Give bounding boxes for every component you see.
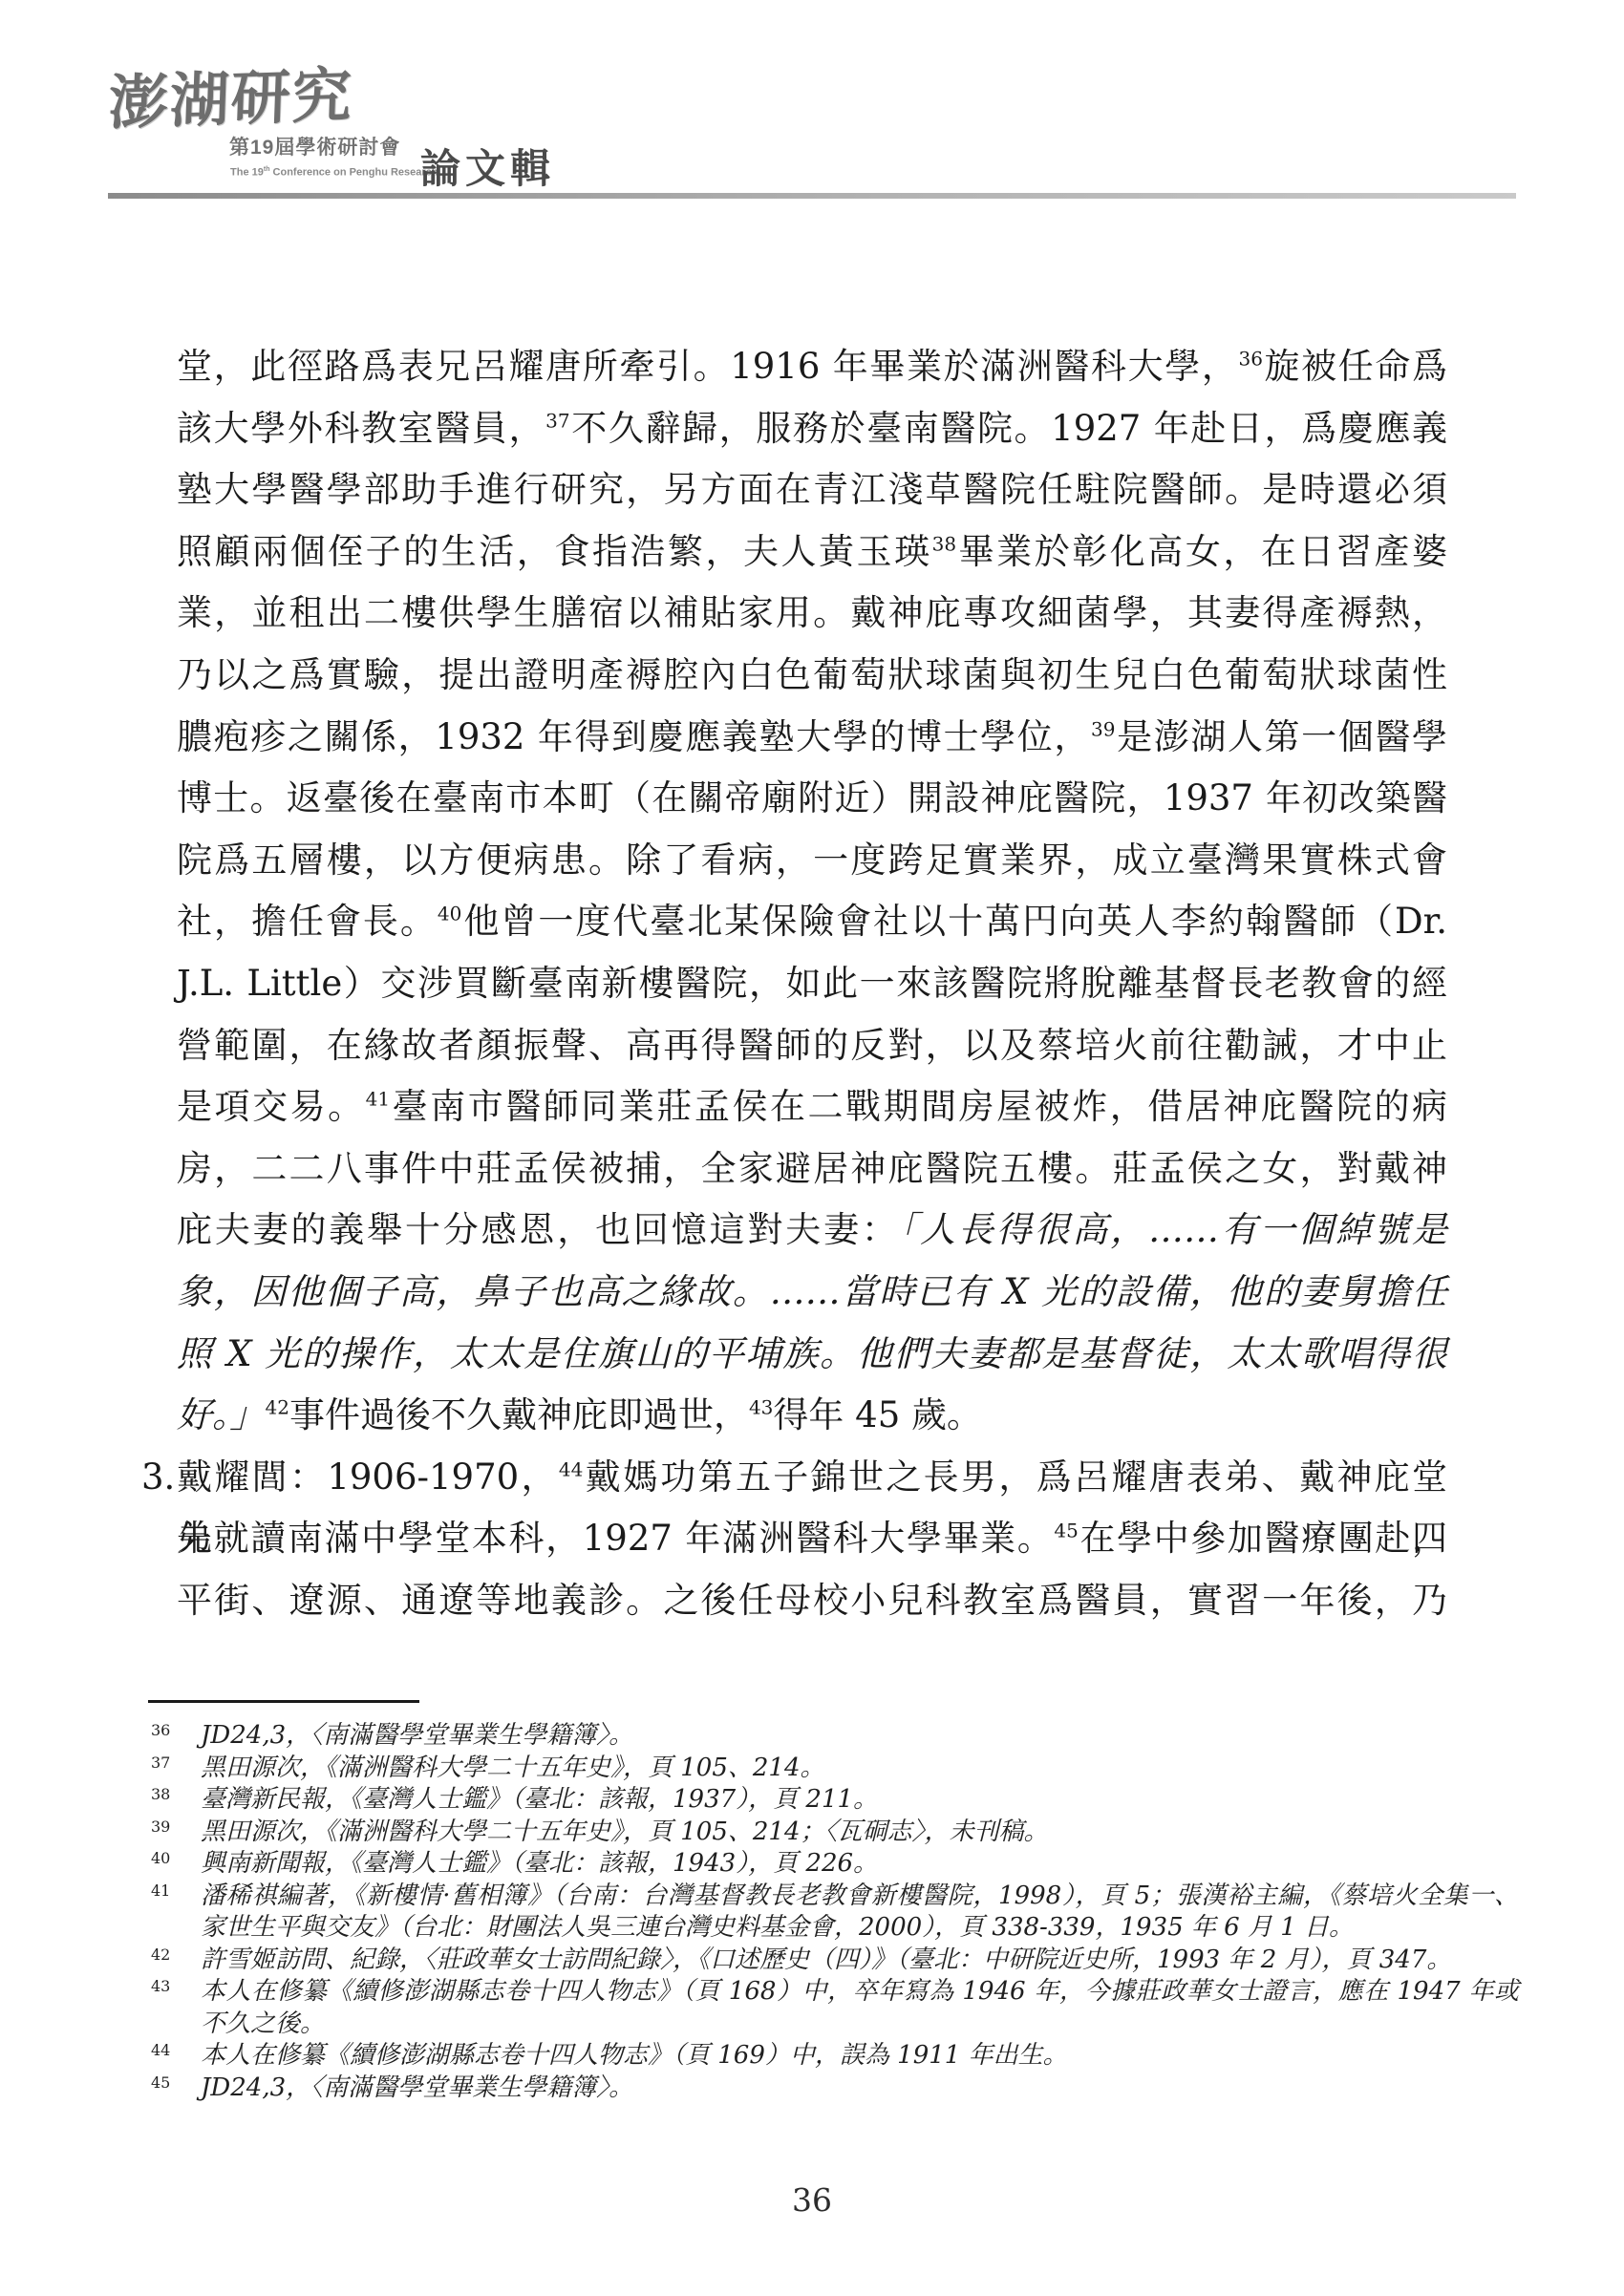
footnote-line: 40興南新聞報，《臺灣人士鑑》（臺北：該報，1943），頁 226。 (201, 1848, 1519, 1881)
text-run: 畢業於彰化高女，在日習產婆 (956, 531, 1447, 572)
footnote-text: JD24,3，〈南滿醫學堂畢業生學籍簿〉。 (201, 2073, 633, 2102)
footnote-ref: 40 (438, 903, 461, 925)
footnote-text: JD24,3，〈南滿醫學堂畢業生學籍簿〉。 (201, 1721, 633, 1750)
footnote-number: 41 (151, 1883, 170, 1899)
body-line: 社，擔任會長。40他曾一度代臺北某保險會社以十萬円向英人李約翰醫師（Dr. (177, 891, 1447, 953)
text-run: 該大學外科教室醫員， (177, 408, 545, 449)
body-line: 平街、遼源、通遼等地義診。之後任母校小兒科教室爲醫員，實習一年後，乃 (177, 1570, 1447, 1632)
body-line: 業，並租出二樓供學生膳宿以補貼家用。戴神庇專攻細菌學，其妻得產褥熱， (177, 583, 1447, 645)
footnote-line: 不久之後。 (201, 2009, 1519, 2041)
footnote-ref: 44 (559, 1457, 583, 1480)
footnote-line: 36JD24,3，〈南滿醫學堂畢業生學籍簿〉。 (201, 1720, 1519, 1753)
body-line: 好。」42事件過後不久戴神庇即過世，43得年 45 歲。 (177, 1385, 1447, 1447)
footnote-text: 潘稀祺編著，《新樓情·舊相簿》（台南：台灣基督教長老教會新樓醫院，1998），頁… (201, 1881, 1519, 1910)
footnote-text: 家世生平與交友》（台北：財團法人吳三連台灣史料基金會，2000），頁 338-3… (201, 1913, 1354, 1942)
footnote-separator-rule (148, 1700, 419, 1703)
footnote-line: 家世生平與交友》（台北：財團法人吳三連台灣史料基金會，2000），頁 338-3… (201, 1912, 1519, 1945)
body-line: 乃以之爲實驗，提出證明產褥腔內白色葡萄狀球菌與初生兒白色葡萄狀球菌性 (177, 645, 1447, 707)
footnote-text: 許雪姬訪問、紀錄，〈莊政華女士訪問紀錄〉，《口述歷史（四）》（臺北：中研院近史所… (201, 1945, 1451, 1974)
text-run: 不久辭歸，服務於臺南醫院。1927 年赴日，爲慶應義 (570, 408, 1447, 449)
footnotes-section: 36JD24,3，〈南滿醫學堂畢業生學籍簿〉。37黑田源次，《滿洲醫科大學二十五… (201, 1720, 1519, 2104)
footnote-ref: 39 (1091, 717, 1115, 740)
footnote-line: 38臺灣新民報，《臺灣人士鑑》（臺北：該報，1937），頁 211。 (201, 1784, 1519, 1817)
text-run: 營範圍，在緣故者顏振聲、高再得醫師的反對，以及蔡培火前往勸誡，才中止 (177, 1025, 1447, 1066)
list-item-number: 3. (141, 1447, 175, 1509)
text-run: 業，並租出二樓供學生膳宿以補貼家用。戴神庇專攻細菌學，其妻得產褥熱， (177, 592, 1447, 633)
body-line: 膿疱疹之關係，1932 年得到慶應義塾大學的博士學位，39是澎湖人第一個醫學 (177, 707, 1447, 769)
text-run: 平街、遼源、通遼等地義診。之後任母校小兒科教室爲醫員，實習一年後，乃 (177, 1580, 1447, 1621)
text-run: 堂，此徑路爲表兄呂耀唐所牽引。1916 年畢業於滿洲醫科大學， (177, 346, 1238, 387)
text-run: 戴耀閭：1906-1970， (177, 1456, 559, 1498)
footnote-line: 45JD24,3，〈南滿醫學堂畢業生學籍簿〉。 (201, 2073, 1519, 2105)
text-run: 事件過後不久戴神庇即過世， (289, 1394, 749, 1435)
footnote-line: 37黑田源次，《滿洲醫科大學二十五年史》，頁 105、214。 (201, 1753, 1519, 1785)
quoted-text-run: 「人長得很高，……有一個綽號是 (900, 1209, 1447, 1250)
footnote-number: 36 (151, 1723, 170, 1738)
footnote-ref: 36 (1238, 348, 1262, 371)
text-run: 在學中參加醫療團赴四 (1079, 1518, 1447, 1559)
body-line: J.L. Little）交涉買斷臺南新樓醫院，如此一來該醫院將脫離基督長老教會的… (177, 953, 1447, 1015)
article-body: 堂，此徑路爲表兄呂耀唐所牽引。1916 年畢業於滿洲醫科大學，36旋被任命爲該大… (177, 336, 1447, 1631)
footnote-text: 不久之後。 (201, 2009, 325, 2038)
footnote-ref: 42 (266, 1396, 289, 1419)
footnote-ref: 38 (932, 532, 956, 555)
footnote-number: 45 (151, 2075, 170, 2091)
body-line: 院爲五層樓，以方便病患。除了看病，一度跨足實業界，成立臺灣果實株式會 (177, 830, 1447, 892)
body-line: 該大學外科教室醫員，37不久辭歸，服務於臺南醫院。1927 年赴日，爲慶應義 (177, 398, 1447, 460)
footnote-line: 39黑田源次，《滿洲醫科大學二十五年史》，頁 105、214；〈瓦硐志〉，未刊稿… (201, 1817, 1519, 1849)
body-line: 堂，此徑路爲表兄呂耀唐所牽引。1916 年畢業於滿洲醫科大學，36旋被任命爲 (177, 336, 1447, 398)
body-line: 3.戴耀閭：1906-1970，44戴媽功第五子錦世之長男，爲呂耀唐表弟、戴神庇… (177, 1447, 1447, 1509)
text-run: 房，二二八事件中莊孟侯被捕，全家避居神庇醫院五樓。莊孟侯之女，對戴神 (177, 1148, 1447, 1189)
paper-page: 澎湖研究 第19屆學術研討會 The 19th Conference on Pe… (0, 0, 1624, 2296)
footnote-text: 黑田源次，《滿洲醫科大學二十五年史》，頁 105、214。 (201, 1754, 825, 1782)
brand-logo-calligraphy: 澎湖研究 (108, 47, 355, 140)
proceedings-volume-title: 論文輯 (420, 138, 555, 195)
body-line: 照顧兩個侄子的生活，食指浩繁，夫人黃玉瑛38畢業於彰化高女，在日習產婆 (177, 521, 1447, 584)
text-run: 乃以之爲實驗，提出證明產褥腔內白色葡萄狀球菌與初生兒白色葡萄狀球菌性 (177, 654, 1447, 695)
page-number: 36 (0, 2181, 1624, 2219)
header-divider-bar (108, 193, 1516, 199)
footnote-number: 39 (151, 1819, 170, 1835)
footnote-ref: 45 (1054, 1520, 1078, 1542)
body-line: 庇夫妻的義舉十分感恩，也回憶這對夫妻：「人長得很高，……有一個綽號是 (177, 1200, 1447, 1262)
footnote-text: 本人在修纂《續修澎湖縣志卷十四人物志》（頁 169）中，誤為 1911 年出生。 (201, 2041, 1068, 2070)
footnote-line: 43本人在修纂《續修澎湖縣志卷十四人物志》（頁 168）中，卒年寫為 1946 … (201, 1976, 1519, 2009)
body-line: 照 X 光的操作，太太是住旗山的平埔族。他們夫妻都是基督徒，太太歌唱得很 (177, 1324, 1447, 1386)
body-line: 房，二二八事件中莊孟侯被捕，全家避居神庇醫院五樓。莊孟侯之女，對戴神 (177, 1138, 1447, 1201)
conference-subtitle-en: The 19th Conference on Penghu Research (230, 166, 438, 179)
text-run: 社，擔任會長。 (177, 901, 438, 942)
body-line: 塾大學醫學部助手進行研究，另方面在青江淺草醫院任駐院醫師。是時還必須 (177, 459, 1447, 521)
text-run: 是澎湖人第一個醫學 (1115, 716, 1447, 757)
footnote-line: 41潘稀祺編著，《新樓情·舊相簿》（台南：台灣基督教長老教會新樓醫院，1998）… (201, 1881, 1519, 1913)
footnote-number: 43 (151, 1979, 170, 1994)
footnote-ref: 37 (545, 409, 569, 432)
footnote-line: 44本人在修纂《續修澎湖縣志卷十四人物志》（頁 169）中，誤為 1911 年出… (201, 2040, 1519, 2073)
footnote-text: 黑田源次，《滿洲醫科大學二十五年史》，頁 105、214；〈瓦硐志〉，未刊稿。 (201, 1818, 1049, 1846)
footnote-ref: 43 (749, 1396, 773, 1419)
text-run: 照顧兩個侄子的生活，食指浩繁，夫人黃玉瑛 (177, 531, 932, 572)
text-run: 旋被任命爲 (1263, 346, 1447, 387)
footnote-text: 臺灣新民報，《臺灣人士鑑》（臺北：該報，1937），頁 211。 (201, 1785, 878, 1814)
text-run: J.L. Little）交涉買斷臺南新樓醫院，如此一來該醫院將脫離基督長老教會的… (177, 963, 1447, 1004)
footnote-number: 44 (151, 2043, 170, 2058)
body-line: 是項交易。41臺南市醫師同業莊孟侯在二戰期間房屋被炸，借居神庇醫院的病 (177, 1076, 1447, 1138)
text-run: 塾大學醫學部助手進行研究，另方面在青江淺草醫院任駐院醫師。是時還必須 (177, 469, 1447, 510)
footnote-text: 本人在修纂《續修澎湖縣志卷十四人物志》（頁 168）中，卒年寫為 1946 年，… (201, 1977, 1519, 2006)
footnote-number: 40 (151, 1851, 170, 1866)
text-run: 臺南市醫師同業莊孟侯在二戰期間房屋被炸，借居神庇醫院的病 (390, 1086, 1447, 1127)
footnote-line: 42許雪姬訪問、紀錄，〈莊政華女士訪問紀錄〉，《口述歷史（四）》（臺北：中研院近… (201, 1945, 1519, 1977)
subtitle-en-pre: The 19 (230, 167, 264, 179)
body-line: 營範圍，在緣故者顏振聲、高再得醫師的反對，以及蔡培火前往勸誡，才中止 (177, 1015, 1447, 1077)
quoted-text-run: 象，因他個子高，鼻子也高之緣故。……當時已有 X 光的設備，他的妻舅擔任 (177, 1271, 1447, 1312)
text-run: 是項交易。 (177, 1086, 366, 1127)
quoted-text-run: 照 X 光的操作，太太是住旗山的平埔族。他們夫妻都是基督徒，太太歌唱得很 (177, 1333, 1447, 1374)
text-run: 院爲五層樓，以方便病患。除了看病，一度跨足實業界，成立臺灣果實株式會 (177, 840, 1447, 881)
footnote-text: 興南新聞報，《臺灣人士鑑》（臺北：該報，1943），頁 226。 (201, 1849, 878, 1878)
text-run: 得年 45 歲。 (773, 1394, 982, 1435)
footnote-ref: 41 (366, 1088, 390, 1111)
footnote-number: 42 (151, 1947, 170, 1963)
footnote-number: 37 (151, 1755, 170, 1771)
quoted-text-run: 好。」 (177, 1394, 266, 1435)
body-line: 博士。返臺後在臺南市本町（在關帝廟附近）開設神庇醫院，1937 年初改築醫 (177, 768, 1447, 830)
footnote-number: 38 (151, 1787, 170, 1802)
text-run: 先就讀南滿中學堂本科，1927 年滿洲醫科大學畢業。 (177, 1518, 1054, 1559)
body-line: 象，因他個子高，鼻子也高之緣故。……當時已有 X 光的設備，他的妻舅擔任 (177, 1262, 1447, 1324)
body-line: 先就讀南滿中學堂本科，1927 年滿洲醫科大學畢業。45在學中參加醫療團赴四 (177, 1508, 1447, 1570)
subtitle-en-post: Conference on Penghu Research (269, 167, 438, 179)
conference-subtitle-zh: 第19屆學術研討會 (229, 132, 400, 160)
text-run: 博士。返臺後在臺南市本町（在關帝廟附近）開設神庇醫院，1937 年初改築醫 (177, 777, 1447, 818)
text-run: 他曾一度代臺北某保險會社以十萬円向英人李約翰醫師（Dr. (461, 901, 1447, 942)
text-run: 庇夫妻的義舉十分感恩，也回憶這對夫妻： (177, 1209, 900, 1250)
text-run: 膿疱疹之關係，1932 年得到慶應義塾大學的博士學位， (177, 716, 1091, 757)
